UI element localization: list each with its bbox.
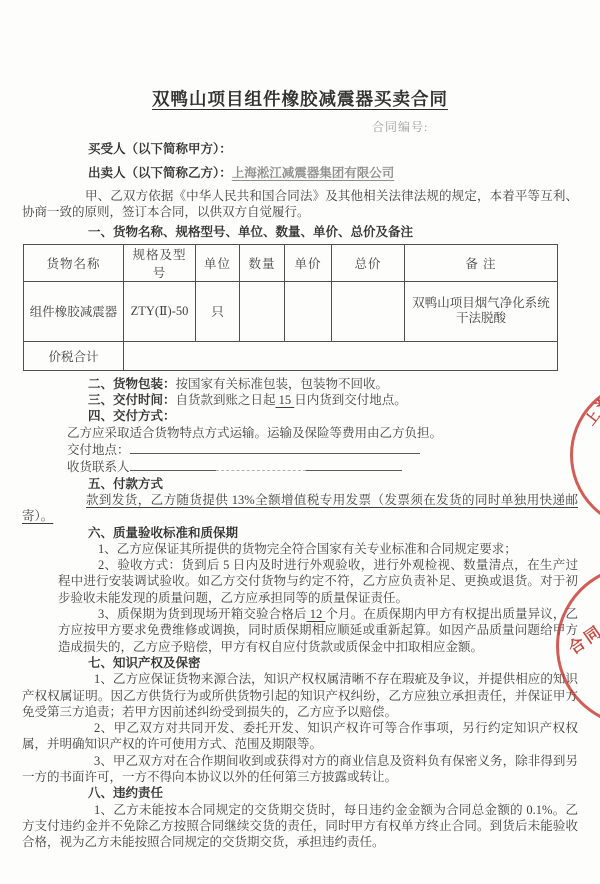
- table-header-model: 规格及型号: [124, 244, 196, 281]
- text-run: 自货款到账之日起: [176, 393, 276, 407]
- text-run: 款到发货，乙方随货提供 13%全额增值税专用发票（发票须在发货的同时单独用快递邮…: [22, 493, 578, 523]
- clause-line: 一、货物名称、规格型号、单位、数量、单价、总价及备注: [88, 224, 578, 240]
- clause-line: 2、甲乙双方对共同开发、委托开发、知识产权许可等合作事项，另行约定知识产权权属，…: [22, 720, 578, 753]
- clause-line: 3、甲乙双方对在合作期间收到或获得对方的商业信息及资料负有保密义务，除非得到另一…: [22, 753, 578, 786]
- contract-page: 双鸭山项目组件橡胶减震器买卖合同 合同编号: 买受人（以下简称甲方）：出卖人（以…: [0, 0, 600, 884]
- text-run: 1、乙方应保证货物来源合法，知识产权权属清晰不存在瑕疵及争议，并提供相应的知识产…: [22, 672, 578, 719]
- clause-line: 2、验收方式：货到后 5 日内及时进行外观验收，进行外观检视、数量清点，在生产过…: [58, 557, 578, 606]
- table-header-unit: 单位: [196, 244, 240, 281]
- clause-line: 交付地点：: [67, 441, 578, 458]
- text-run: 四、交付方式：: [88, 409, 176, 423]
- table-header-name: 货物名称: [24, 244, 124, 281]
- text-run: 1、乙方应保证其所提供的货物完全符合国家有关专业标准和合同规定要求；: [98, 542, 517, 556]
- fill-in-blank: [306, 458, 402, 471]
- contract-seal-text: 合同: [563, 618, 600, 659]
- clause-line: 1、乙方未能按本合同规定的交货期交货时，每日违约金金额为合同总金额的 0.1%。…: [22, 802, 578, 851]
- clause-line: 乙方应采取适合货物特点方式运输。运输及保险等费用由乙方负担。: [67, 425, 578, 441]
- clause-line: 3、质保期为货到现场开箱交验合格后 12 个月。在质保期内甲方有权提出质量异议，…: [58, 606, 578, 655]
- text-run: 三、交付时间：: [88, 393, 176, 407]
- text-run: 一、货物名称、规格型号、单位、数量、单价、总价及备注: [88, 225, 413, 239]
- text-run: 甲、乙双方依据《中华人民共和国合同法》及其他相关法律法规的规定，本着平等互利、协…: [22, 189, 578, 219]
- clause-line: 二、货物包装：按国家有关标准包装，包装物不回收。: [88, 376, 578, 392]
- clause-line: 出卖人（以下简称乙方）：上海淞江减震器集团有限公司: [88, 163, 578, 183]
- fill-in-blank: [216, 458, 306, 471]
- table-header-note: 备 注: [405, 244, 558, 281]
- text-run: 2、甲乙双方对共同开发、委托开发、知识产权许可等合作事项，另行约定知识产权权属，…: [22, 721, 578, 751]
- text-run: 日内货到交付地点。: [294, 393, 407, 407]
- cell-total-value: [124, 341, 558, 370]
- cell-goods-note: 双鸭山项目烟气净化系统干法脱酸: [405, 281, 558, 341]
- table-header-qty: 数量: [240, 244, 285, 281]
- fill-in-blank: [130, 458, 216, 471]
- cell-goods-qty: [240, 281, 285, 341]
- contract-clauses-main: 二、货物包装：按国家有关标准包装，包装物不回收。三、交付时间：自货款到账之日起 …: [0, 376, 600, 851]
- cell-total-label: 价税合计: [24, 341, 124, 370]
- text-run: 12: [306, 607, 325, 621]
- text-run: 二、货物包装：: [88, 377, 176, 391]
- cell-goods-model: ZTY(Ⅱ)-50: [124, 281, 196, 341]
- table-header-unit-price: 单价: [285, 244, 332, 281]
- table-header-total: 总价: [332, 244, 405, 281]
- clause-line: 五、付款方式: [88, 476, 578, 492]
- clause-line: 八、违约责任: [88, 785, 578, 801]
- clause-line: 甲、乙双方依据《中华人民共和国合同法》及其他相关法律法规的规定，本着平等互利、协…: [22, 188, 578, 221]
- contract-title: 双鸭山项目组件橡胶减震器买卖合同: [0, 86, 600, 111]
- contract-clauses-top: 买受人（以下简称甲方）：出卖人（以下简称乙方）：上海淞江减震器集团有限公司甲、乙…: [0, 139, 600, 240]
- text-run: 买受人（以下简称甲方）：: [88, 142, 232, 156]
- clause-line: 1、乙方应保证其所提供的货物完全符合国家有关专业标准和合同规定要求；: [58, 541, 578, 557]
- text-run: 1、乙方未能按本合同规定的交货期交货时，每日违约金金额为合同总金额的 0.1%。…: [22, 803, 578, 850]
- text-run: 按国家有关标准包装，包装物不回收。: [176, 377, 389, 391]
- text-run: 六、质量验收标准和质保期: [88, 526, 238, 540]
- text-run: 收货联系人: [67, 460, 130, 474]
- goods-table: 货物名称 规格及型号 单位 数量 单价 总价 备 注 组件橡胶减震器 ZTY(Ⅱ…: [23, 244, 558, 371]
- goods-table-header-row: 货物名称 规格及型号 单位 数量 单价 总价 备 注: [24, 244, 558, 281]
- clause-line: 六、质量验收标准和质保期: [88, 525, 578, 541]
- fill-in-blank: [130, 441, 420, 454]
- text-run: 八、违约责任: [88, 786, 163, 800]
- text-run: 2、验收方式：货到后 5 日内及时进行外观验收，进行外观检视、数量清点，在生产过…: [58, 558, 578, 605]
- clause-line: 款到发货，乙方随货提供 13%全额增值税专用发票（发票须在发货的同时单独用快递邮…: [22, 492, 578, 525]
- text-run: 出卖人（以下简称乙方）：: [88, 166, 232, 180]
- cell-goods-unit: 只: [196, 281, 240, 341]
- cell-goods-unit-price: [285, 281, 332, 341]
- goods-table-total-row: 价税合计: [24, 341, 558, 370]
- text-run: 3、质保期为货到现场开箱交验合格后: [98, 607, 306, 621]
- text-run: 五、付款方式: [88, 477, 163, 491]
- text-run: 乙方应采取适合货物特点方式运输。运输及保险等费用由乙方负担。: [67, 426, 442, 440]
- clause-line: 三、交付时间：自货款到账之日起 15 日内货到交付地点。: [88, 392, 578, 408]
- clause-line: 买受人（以下简称甲方）：: [88, 139, 578, 159]
- text-run: 上海淞江减震器集团有限公司: [232, 166, 395, 180]
- goods-table-data-row: 组件橡胶减震器 ZTY(Ⅱ)-50 只 双鸭山项目烟气净化系统干法脱酸: [24, 281, 558, 341]
- clause-line: 收货联系人: [67, 458, 578, 475]
- text-run: 七、知识产权及保密: [88, 656, 201, 670]
- cell-goods-total-price: [332, 281, 405, 341]
- clause-line: 七、知识产权及保密: [88, 655, 578, 671]
- clause-line: 1、乙方应保证货物来源合法，知识产权权属清晰不存在瑕疵及争议，并提供相应的知识产…: [22, 671, 578, 720]
- cell-goods-name: 组件橡胶减震器: [24, 281, 124, 341]
- text-run: 3、甲乙双方对在合作期间收到或获得对方的商业信息及资料负有保密义务，除非得到另一…: [22, 754, 578, 784]
- contract-number-label: 合同编号:: [372, 118, 600, 135]
- text-run: 交付地点：: [67, 443, 130, 457]
- clause-line: 四、交付方式：: [88, 408, 578, 424]
- text-run: 15: [276, 393, 295, 407]
